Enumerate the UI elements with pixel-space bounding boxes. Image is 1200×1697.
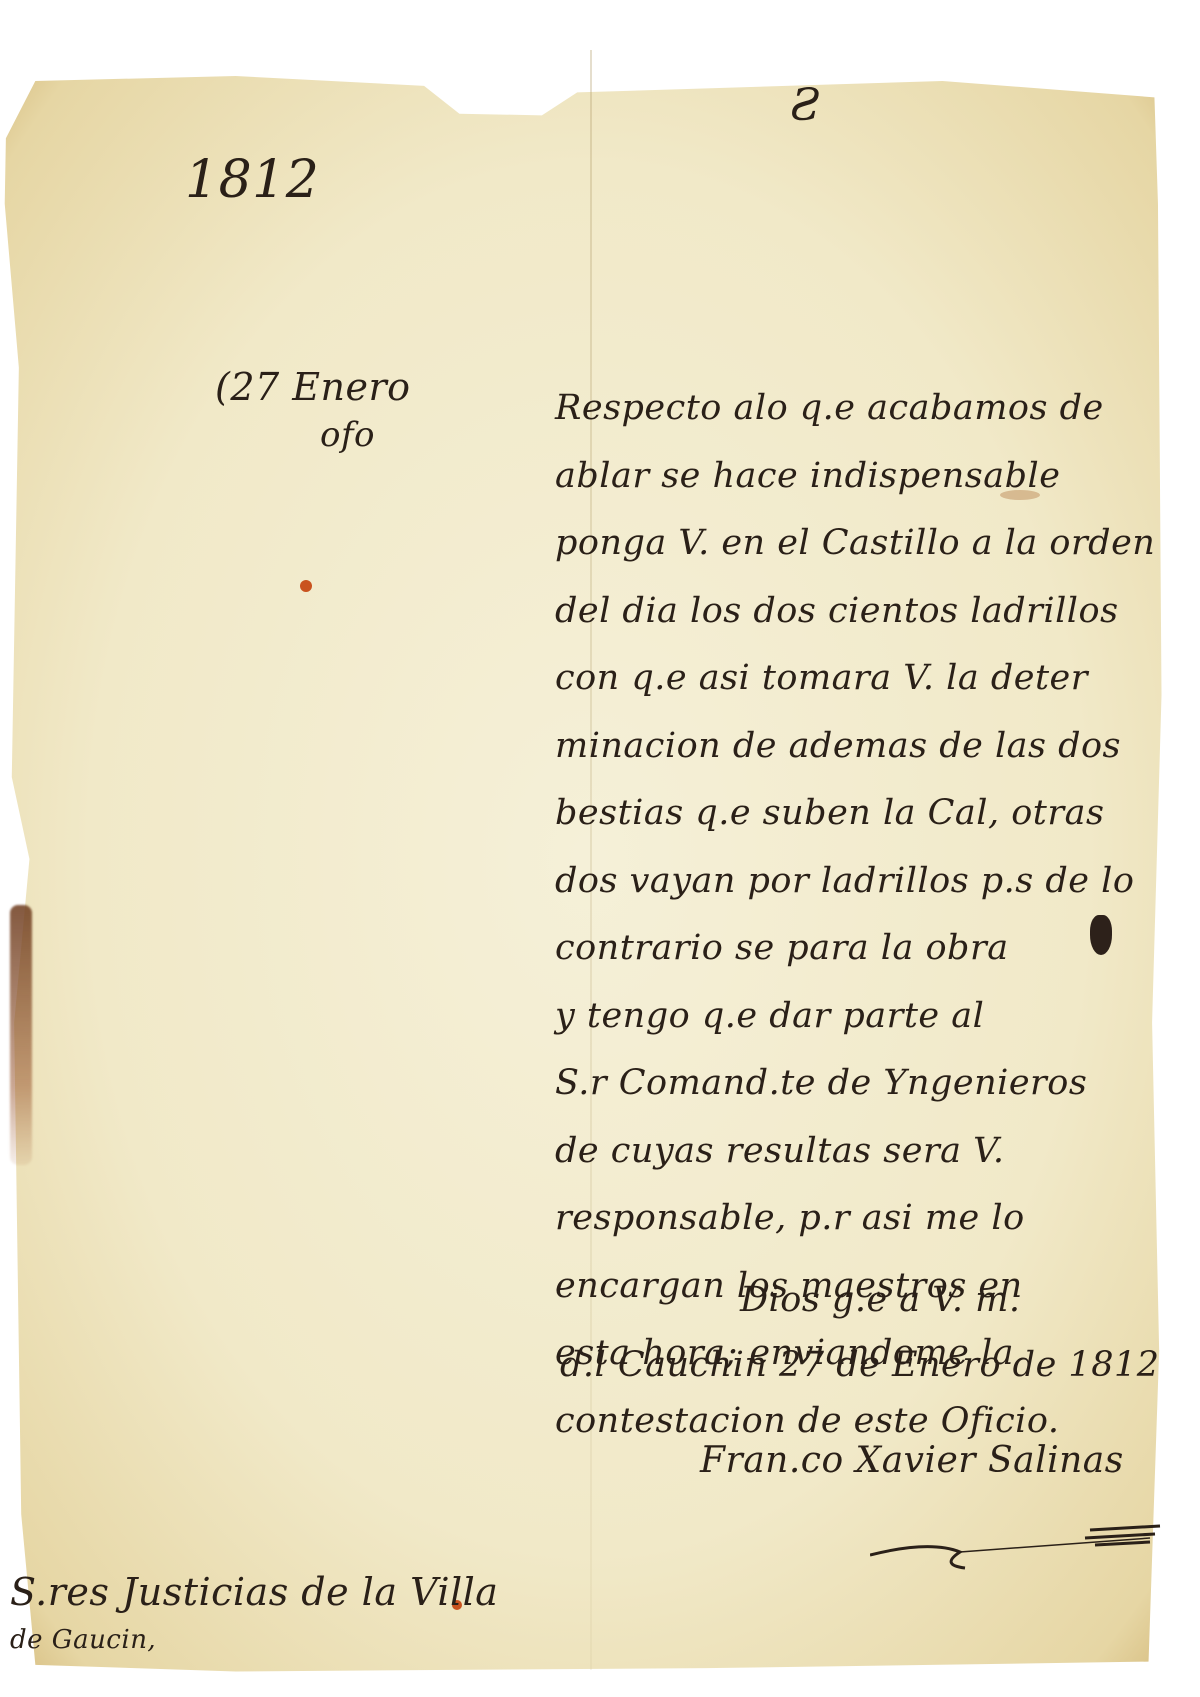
body-line: dos vayan por ladrillos p.s de lo [555,848,1155,916]
red-ink-spot [300,580,312,592]
body-line: ablar se hace indispensable [555,443,1155,511]
rubric-mark: Ƨ [790,80,821,131]
body-line: responsable, p.r asi me lo [555,1185,1155,1253]
body-line: S.r Comand.te de Yngenieros [555,1050,1155,1118]
year-heading: 1812 [185,150,319,210]
edge-stain [10,905,32,1165]
ink-blot [1090,915,1112,955]
signature: Fran.co Xavier Salinas [700,1440,1124,1481]
addressee-line-1: S.res Justicias de la Villa [10,1570,498,1614]
margin-reference-note: ofo [320,415,375,455]
margin-date-note: (27 Enero [215,365,411,409]
body-line: bestias q.e suben la Cal, otras [555,780,1155,848]
body-line: de cuyas resultas sera V. [555,1118,1155,1186]
body-line: y tengo q.e dar parte al [555,983,1155,1051]
body-line: del dia los dos cientos ladrillos [555,578,1155,646]
dateline: d.l Cauchin 27 de Enero de 1812 [560,1345,1160,1385]
closing-formula: Dios g.e a V. m. [740,1280,1021,1320]
body-line: con q.e asi tomara V. la deter [555,645,1155,713]
body-line: contrario se para la obra [555,915,1155,983]
addressee-line-2: de Gaucin, [10,1625,156,1655]
body-line: ponga V. en el Castillo a la orden [555,510,1155,578]
body-line: Respecto alo q.e acabamos de [555,375,1155,443]
signature-flourish [870,1520,1170,1570]
body-line: minacion de ademas de las dos [555,713,1155,781]
